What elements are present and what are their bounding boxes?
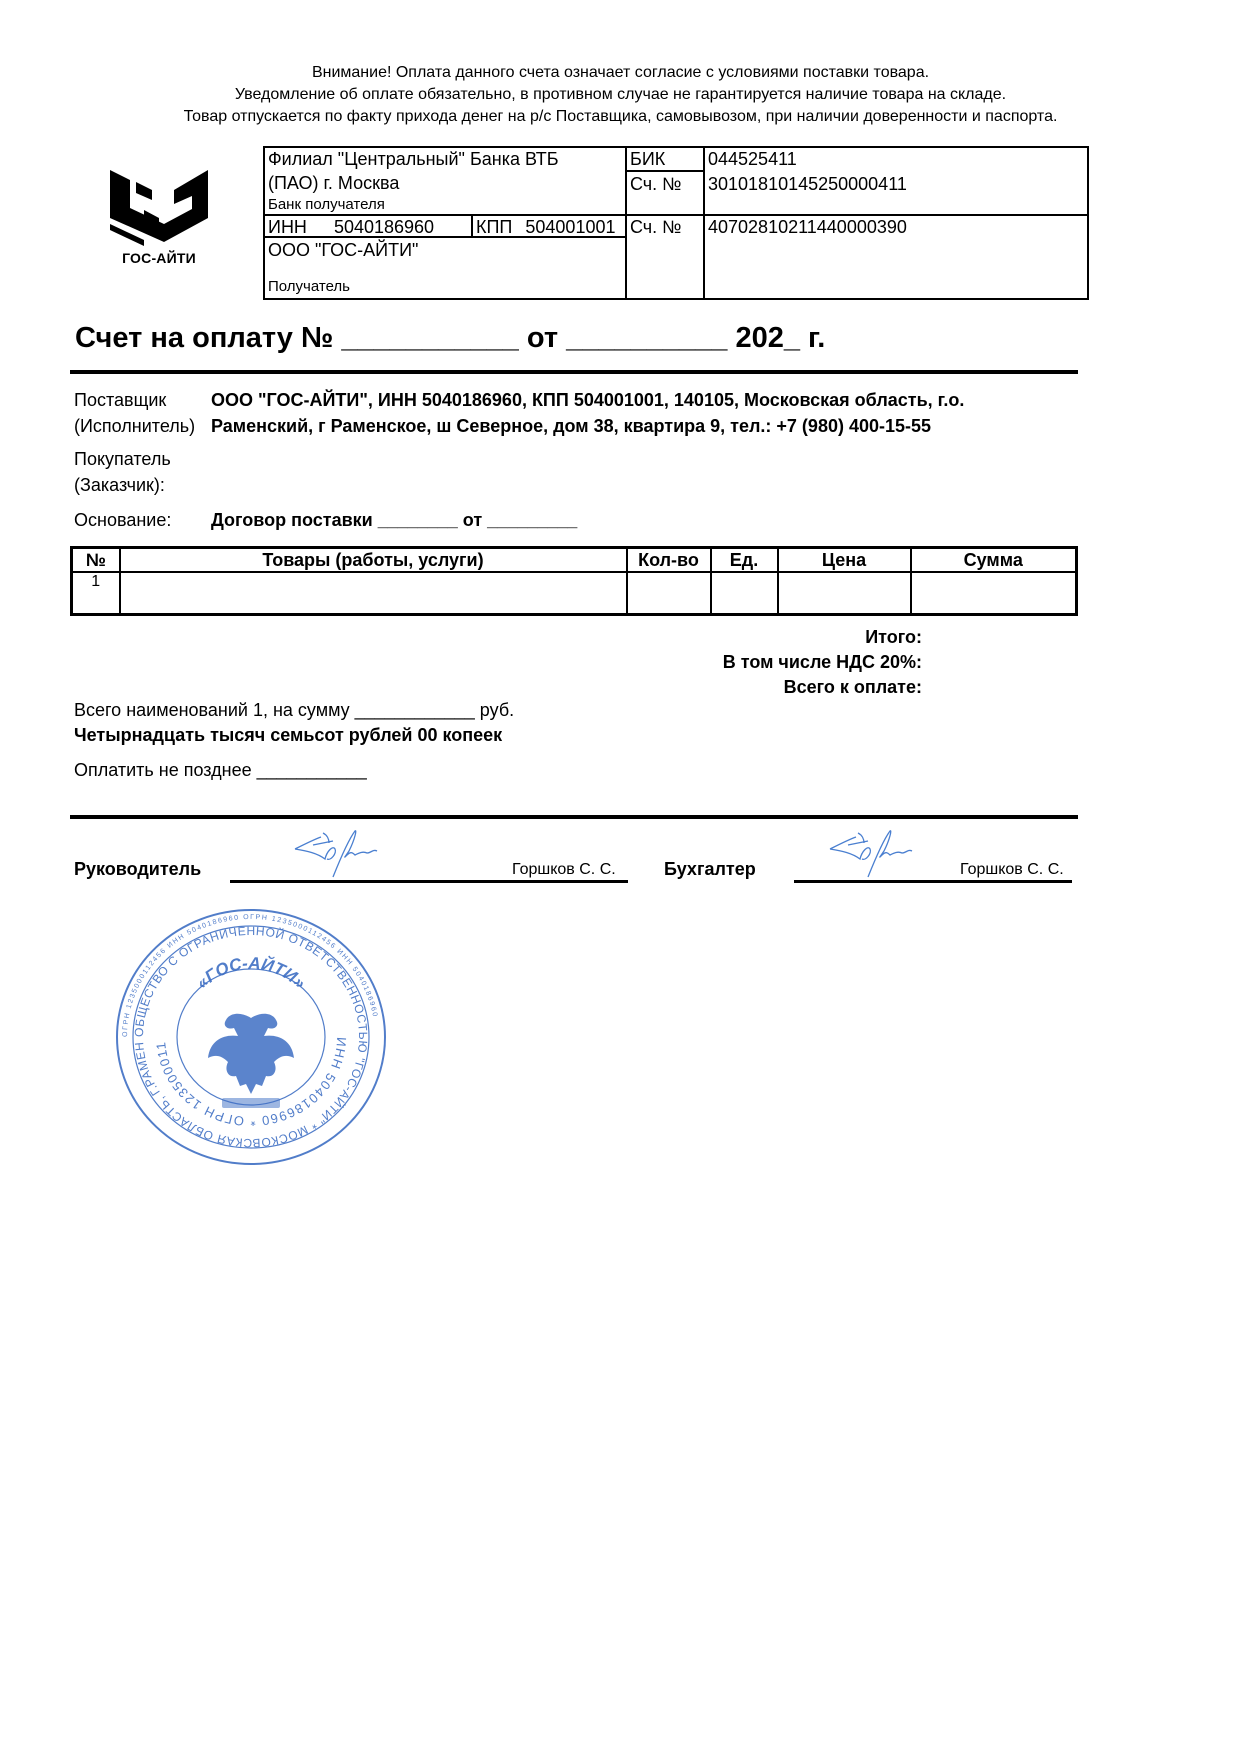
accountant-name: Горшков С. С. [960, 861, 1064, 879]
logo-text: ГОС-АЙТИ [104, 250, 214, 266]
supplier-details-line1: ООО "ГОС-АЙТИ", ИНН 5040186960, КПП 5040… [211, 387, 964, 413]
amount-in-words: Четырнадцать тысяч семьсот рублей 00 коп… [74, 722, 502, 748]
basis-value: Договор поставки ________ от _________ [211, 507, 577, 533]
items-table: № Товары (работы, услуги) Кол-во Ед. Цен… [70, 546, 1078, 616]
director-signature-line [230, 880, 628, 883]
title-divider [70, 370, 1078, 374]
col-goods: Товары (работы, услуги) [120, 548, 627, 573]
row-number: 1 [72, 572, 120, 615]
supplier-label-line2: (Исполнитель) [74, 413, 195, 439]
notice-line: Товар отпускается по факту прихода денег… [0, 106, 1241, 128]
kpp-field: КПП 504001001 [471, 214, 625, 238]
payment-notice: Внимание! Оплата данного счета означает … [0, 62, 1241, 128]
total-label: Итого: [723, 625, 922, 650]
recipient-label: Получатель [265, 276, 625, 298]
accountant-signature-icon [828, 823, 918, 881]
col-number: № [72, 548, 120, 573]
supplier-details: ООО "ГОС-АЙТИ", ИНН 5040186960, КПП 5040… [211, 387, 964, 439]
supplier-label: Поставщик (Исполнитель) [74, 387, 195, 439]
svg-text:«ГОС-АЙТИ»: «ГОС-АЙТИ» [193, 954, 310, 993]
row-price [778, 572, 911, 615]
vat-label: В том числе НДС 20%: [723, 650, 922, 675]
bank-name-line2: (ПАО) г. Москва [265, 172, 625, 194]
bank-name-line1: Филиал "Центральный" Банка ВТБ [265, 148, 625, 170]
bank-label: Банк получателя [265, 194, 625, 216]
col-unit: Ед. [711, 548, 778, 573]
buyer-label: Покупатель (Заказчик): [74, 446, 171, 498]
supplier-label-line1: Поставщик [74, 387, 195, 413]
due-date-line: Оплатить не позднее ___________ [74, 757, 367, 783]
inn-field: ИНН 5040186960 [265, 214, 471, 238]
col-sum: Сумма [911, 548, 1077, 573]
recipient-name: ООО "ГОС-АЙТИ" [265, 239, 625, 261]
row-sum [911, 572, 1077, 615]
director-name: Горшков С. С. [512, 861, 616, 879]
invoice-title: Счет на оплату № ___________ от ________… [75, 322, 825, 355]
table-row: 1 [72, 572, 1077, 615]
basis-label: Основание: [74, 507, 171, 533]
account-value: 40702810211440000390 [703, 214, 1087, 298]
kpp-label: КПП [476, 217, 512, 237]
bik-label: БИК [625, 148, 703, 172]
notice-line: Уведомление об оплате обязательно, в про… [0, 84, 1241, 106]
row-goods [120, 572, 627, 615]
director-label: Руководитель [74, 859, 201, 880]
director-signature-icon [293, 823, 383, 881]
totals-block: Итого: В том числе НДС 20%: Всего к опла… [723, 625, 922, 700]
signature-divider [70, 815, 1078, 819]
inn-label: ИНН [268, 217, 307, 237]
accountant-label: Бухгалтер [664, 859, 756, 880]
bank-details-table: Филиал "Центральный" Банка ВТБ (ПАО) г. … [263, 146, 1089, 300]
supplier-details-line2: Раменский, г Раменское, ш Северное, дом … [211, 413, 964, 439]
corr-account-value: 30101810145250000411 [703, 170, 1087, 214]
inn-value: 5040186960 [334, 217, 434, 237]
col-price: Цена [778, 548, 911, 573]
row-unit [711, 572, 778, 615]
items-table-header: № Товары (работы, услуги) Кол-во Ед. Цен… [72, 548, 1077, 573]
buyer-label-line2: (Заказчик): [74, 472, 171, 498]
items-count-line: Всего наименований 1, на сумму _________… [74, 697, 514, 723]
corr-account-label: Сч. № [625, 172, 703, 214]
col-quantity: Кол-во [627, 548, 711, 573]
bik-value: 044525411 [703, 148, 1087, 170]
buyer-label-line1: Покупатель [74, 446, 171, 472]
account-label: Сч. № [625, 214, 703, 298]
grand-total-label: Всего к оплате: [723, 675, 922, 700]
row-quantity [627, 572, 711, 615]
notice-line: Внимание! Оплата данного счета означает … [0, 62, 1241, 84]
company-stamp-icon: ОГРН 1235000112456 ИНН 5040186960 ОГРН 1… [112, 908, 390, 1166]
kpp-value: 504001001 [525, 217, 615, 237]
